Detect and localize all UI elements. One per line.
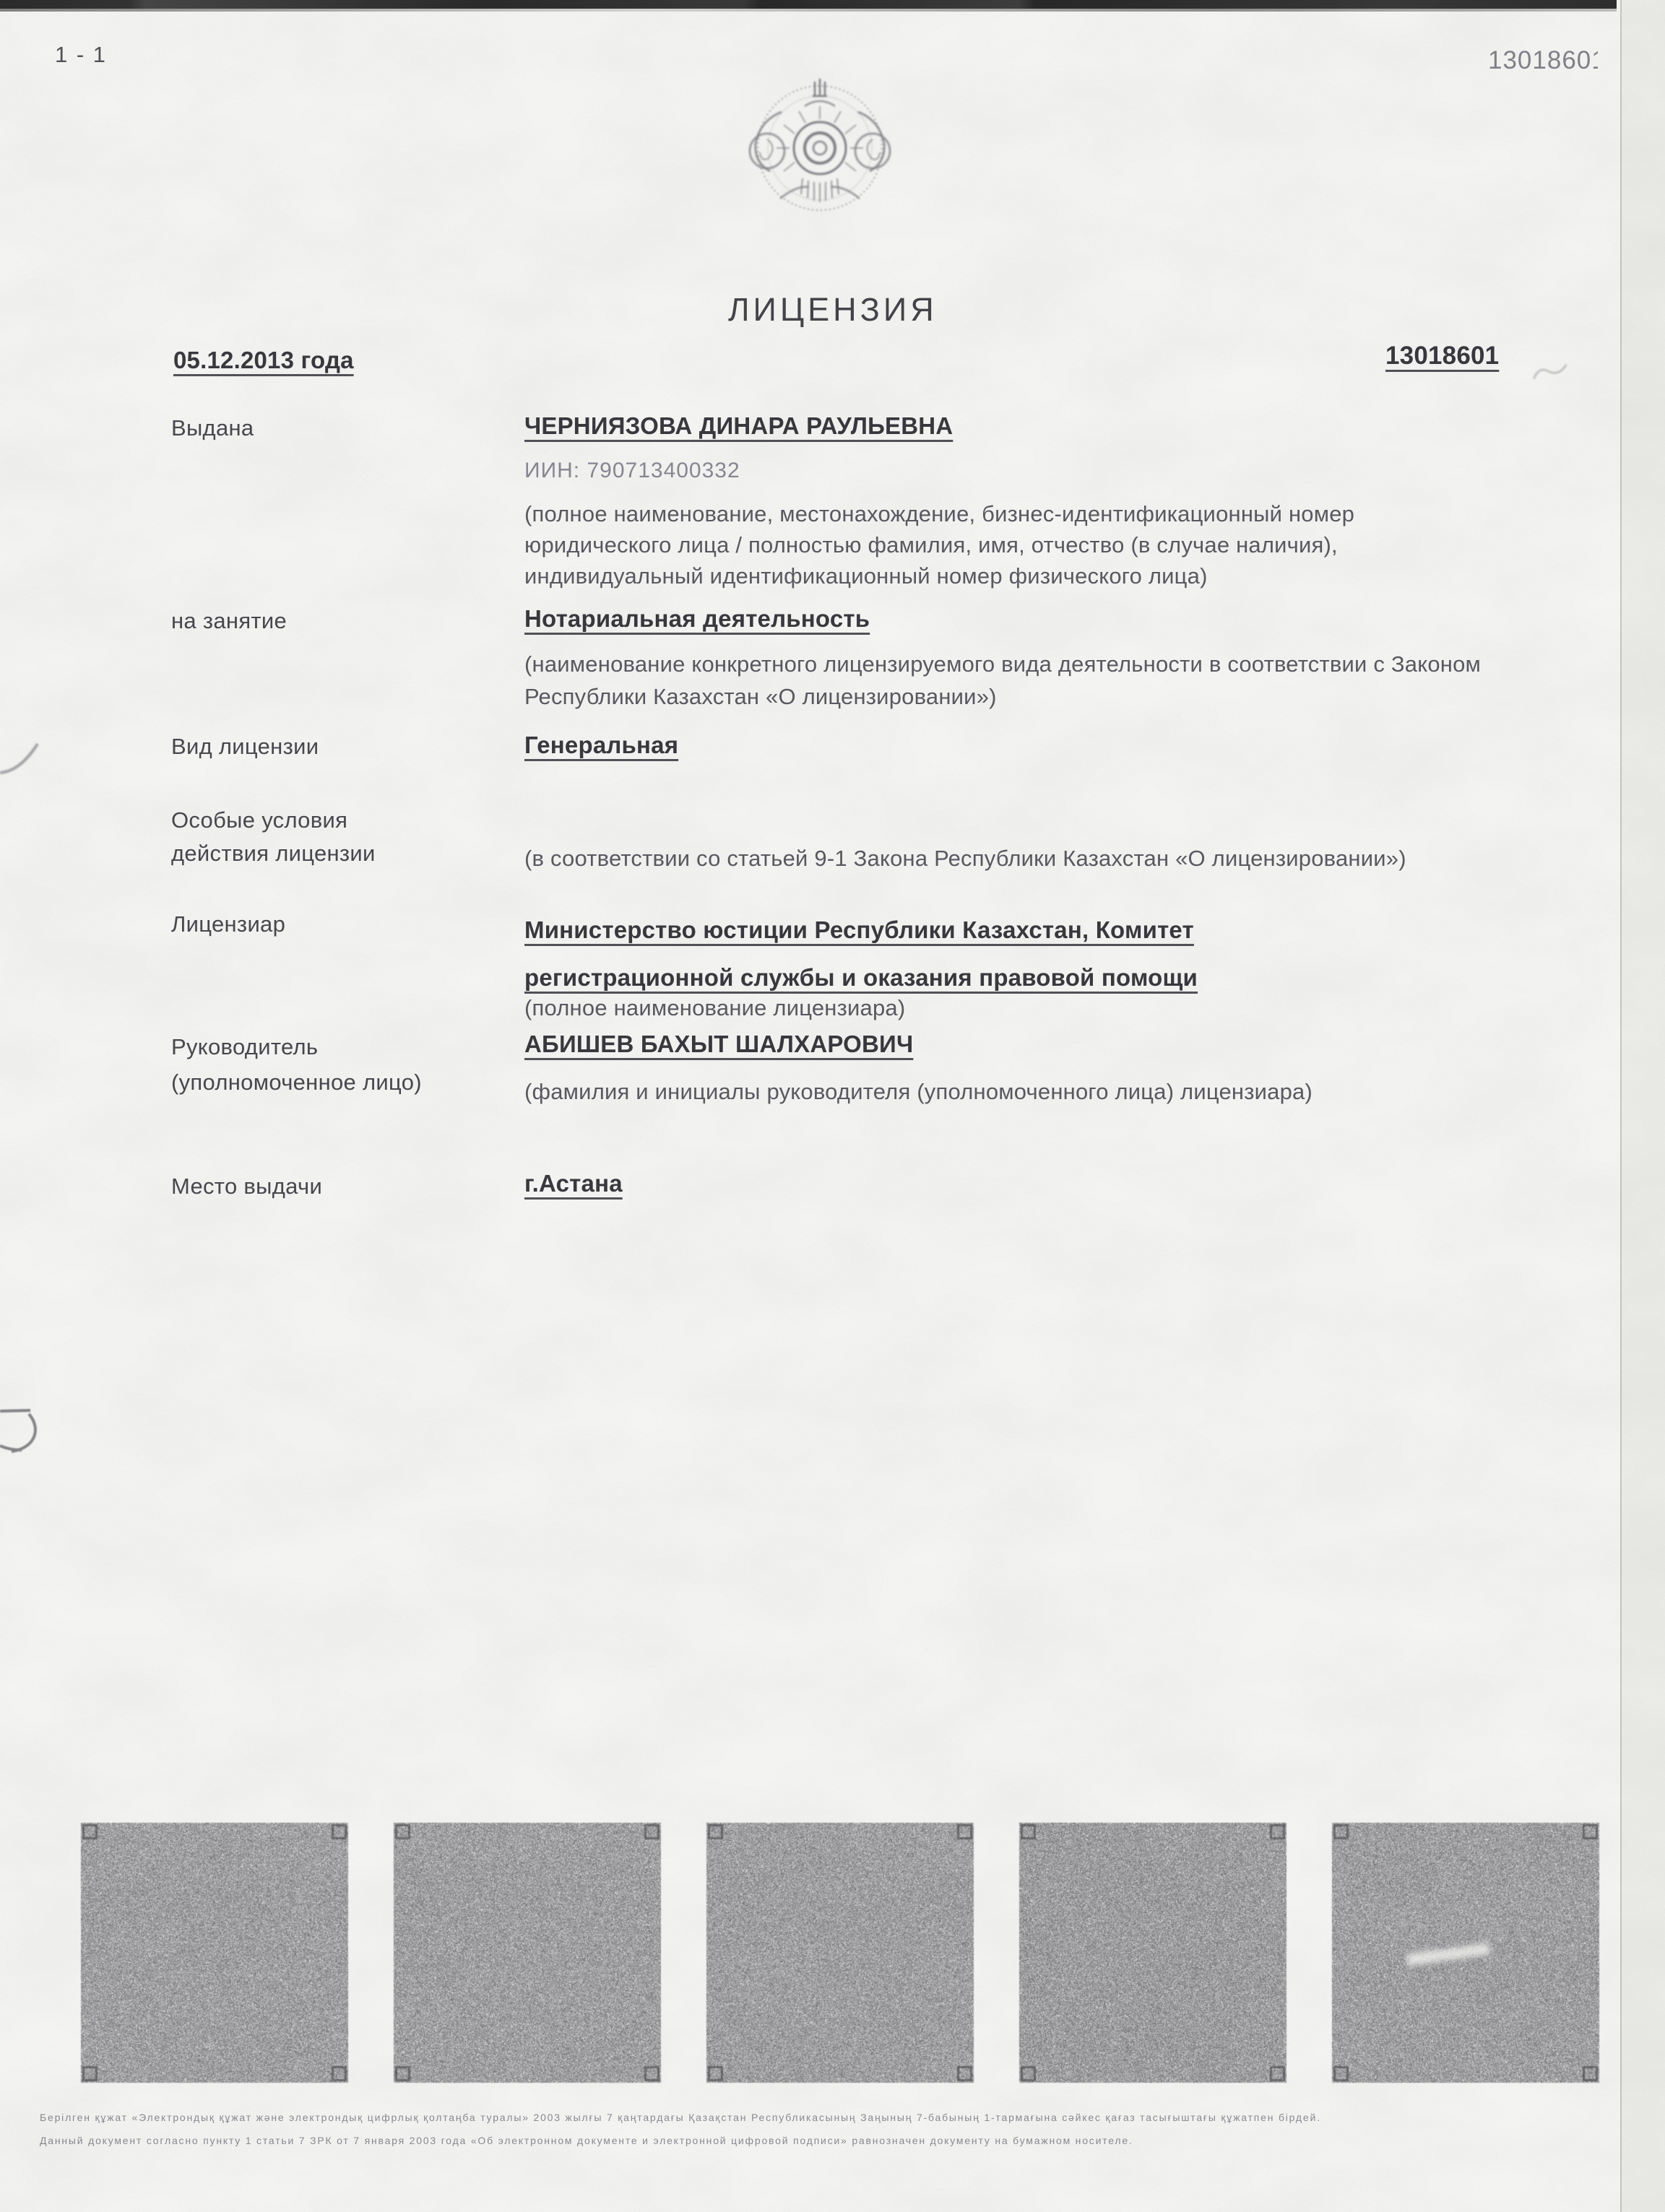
finder-mark (1333, 1824, 1349, 1839)
field-head-value: АБИШЕВ БАХЫТ ШАЛХАРОВИЧ (524, 1031, 913, 1059)
finder-mark (332, 2066, 347, 2081)
finder-mark (644, 1824, 659, 1839)
field-issued-label: Выдана (171, 415, 254, 442)
scan-artifact-arc (0, 735, 51, 786)
finder-mark (957, 2066, 972, 2081)
field-activity-hint: (наименование конкретного лицензируемого… (524, 648, 1485, 713)
finder-mark (395, 1824, 410, 1839)
footer-line-kk: Берілген құжат «Электрондық құжат және э… (40, 2112, 1321, 2123)
finder-mark (1270, 2066, 1285, 2081)
kazakhstan-coat-of-arms-icon (738, 77, 901, 222)
field-license-type-label: Вид лицензии (171, 734, 319, 760)
barcode-block-3 (706, 1823, 974, 2083)
scan-top-edge (0, 0, 1617, 9)
finder-mark (1270, 1824, 1285, 1839)
corner-number: 13018601 (1488, 46, 1598, 74)
finder-mark (82, 2066, 98, 2081)
finder-mark (1583, 1824, 1598, 1839)
page-marker: 1 - 1 (55, 42, 107, 69)
finder-mark (1333, 2066, 1349, 2081)
corner-number-clipped: 13018601 (1488, 46, 1598, 79)
field-head-hint: (фамилия и инициалы руководителя (уполно… (524, 1076, 1312, 1107)
paper-right-margin (1622, 0, 1665, 2212)
pen-smudge (1531, 361, 1575, 383)
field-issued-hint: (полное наименование, местонахождение, б… (524, 498, 1485, 591)
field-issued-iin: ИИН: 790713400332 (524, 458, 740, 483)
field-place-label: Место выдачи (171, 1174, 322, 1200)
document-title: ЛИЦЕНЗИЯ (728, 290, 938, 329)
scanned-license-document: 1 - 1 13018601 (0, 0, 1665, 2212)
issue-date: 05.12.2013 года (173, 347, 354, 375)
finder-mark (957, 1824, 972, 1839)
field-license-type-value: Генеральная (524, 732, 678, 760)
finder-mark (395, 2066, 410, 2081)
finder-mark (644, 2066, 659, 2081)
footer-line-ru: Данный документ согласно пункту 1 статьи… (40, 2135, 1133, 2146)
field-head-label: Руководитель (171, 1034, 318, 1061)
field-activity-value: Нотариальная деятельность (524, 605, 870, 633)
license-number: 13018601 (1385, 341, 1499, 370)
scan-top-edge-shadow (0, 9, 1617, 12)
finder-mark (1021, 1824, 1036, 1839)
field-place-value: г.Астана (524, 1170, 623, 1198)
finder-mark (1021, 2066, 1036, 2081)
paper-edge-line (1620, 0, 1622, 2212)
field-special-conditions-hint: (в соответствии со статьей 9-1 Закона Ре… (524, 843, 1536, 874)
field-special-conditions-label: Особые условия действия лицензии (171, 804, 388, 870)
barcode-block-4 (1019, 1823, 1286, 2083)
field-licensor-hint: (полное наименование лицензиара) (524, 992, 905, 1023)
field-head-label2: (уполномоченное лицо) (171, 1070, 422, 1096)
finder-mark (708, 2066, 723, 2081)
scan-artifact-clip (0, 1405, 45, 1465)
field-licensor-value: Министерство юстиции Республики Казахста… (524, 906, 1247, 1002)
finder-mark (82, 1824, 98, 1839)
finder-mark (1583, 2066, 1598, 2081)
barcode-block-2 (394, 1823, 661, 2083)
field-activity-label: на занятие (171, 608, 287, 635)
field-licensor-label: Лицензиар (171, 911, 285, 938)
barcode-block-1 (81, 1823, 348, 2083)
finder-mark (332, 1824, 347, 1839)
finder-mark (708, 1824, 723, 1839)
field-issued-value: ЧЕРНИЯЗОВА ДИНАРА РАУЛЬЕВНА (524, 412, 953, 441)
